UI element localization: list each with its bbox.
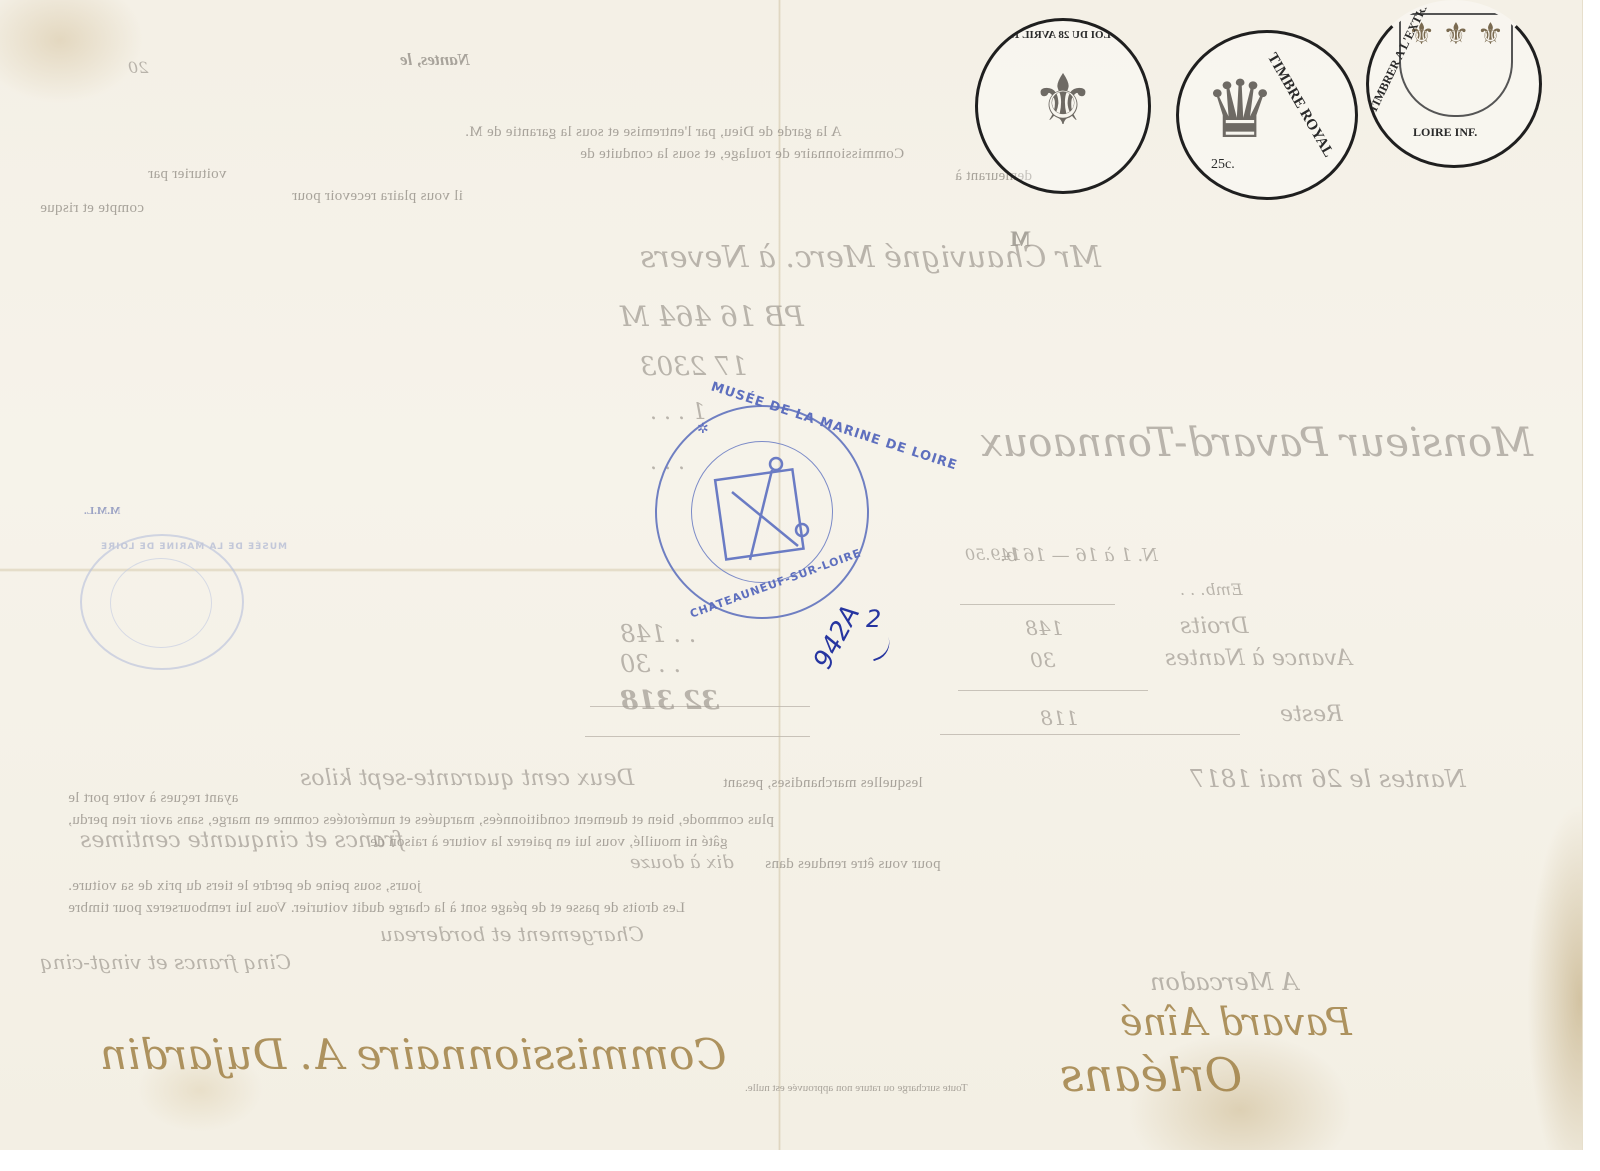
signature-bottom-left: Commissionnaire A. Dujardin <box>100 1030 726 1079</box>
account-row-4-value: 30 <box>1030 648 1055 672</box>
marks-line-5: . . 148 <box>620 620 696 648</box>
footer-notice: Toute surcharge ou rature non approuvée … <box>745 1082 968 1094</box>
star-icon: ✲ <box>697 421 710 437</box>
weight-handwritten: Deux cent quarante-sept kilos <box>300 766 634 791</box>
signature-right-line-2: Pavard Aîné <box>1120 1000 1352 1044</box>
consignee-name: Monsieur Pavard-Tonnaoux <box>980 420 1533 466</box>
marks-line-6: . . 30 <box>620 650 681 678</box>
footer-handwritten-1: Chargement et bordereau <box>380 922 644 946</box>
inventory-underline <box>868 637 895 661</box>
footer-handwritten-2: Cinq francs et vingt-cinq <box>40 950 291 974</box>
account-rule-2 <box>958 690 1148 691</box>
stamp-bottom-text: LOIRE INF. <box>1413 125 1477 140</box>
account-rule-1 <box>960 604 1115 605</box>
revenue-stamp-extraordinaire: ⚜ ⚜ ⚜ A TIMBRER A L'EXTRAORD. LOIRE INF. <box>1366 0 1542 168</box>
header-line-4b: compte et risque <box>40 200 144 217</box>
signature-right-line-3: Orléans <box>1060 1048 1242 1102</box>
account-rule-3 <box>940 734 1240 735</box>
header-line-1: A la garde de Dieu, par l'entremise et s… <box>465 124 842 141</box>
body-p5: Les droits de passe et de péage sont à l… <box>68 900 685 917</box>
body-p1b: ayant reçues à votre port le <box>68 790 238 807</box>
revenue-stamp-fleur-de-lis: ⚜ LOI DU 28 AVRIL 1816 <box>975 18 1151 194</box>
rate-handwritten: francs et cinquante centimes <box>80 828 404 853</box>
header-line-3b: voiturier par <box>148 166 226 183</box>
faded-stamp-label: M.M.L. <box>84 505 120 517</box>
inventory-number: 942A <box>808 600 866 674</box>
handwritten-addressee: Mr Chauvigné Merc. à Nevers <box>640 240 1101 275</box>
header-line-2: Commissionnaire de roulage, et sous la c… <box>580 146 904 163</box>
signature-right-line-1: A Mercadon <box>1150 968 1298 996</box>
body-p2: plus commode, bien et duement conditionn… <box>68 812 774 829</box>
stamp-value: 25c. <box>1211 157 1235 173</box>
marks-rule-2 <box>585 736 810 737</box>
account-row-1-value: 149.50 <box>965 545 1021 564</box>
anchor-icon <box>702 452 822 572</box>
handwritten-date: Nantes le 26 mai 1817 <box>1190 765 1466 793</box>
fleur-de-lis-icon: ⚜ <box>978 59 1148 142</box>
account-row-5-label: Reste <box>1280 702 1343 727</box>
marks-line-1: PB 16 464 M <box>620 300 804 333</box>
body-p4b: jours, sous peine de perdre le tiers du … <box>68 878 421 895</box>
inventory-number-sub: 2 <box>866 605 881 633</box>
account-row-2-label: Emb. . . <box>1180 580 1243 599</box>
account-row-3-label: Droits <box>1180 614 1249 639</box>
faded-stamp-inner-ring <box>110 558 212 648</box>
body-p3: gâté ni mouillé, vous lui en paierez la … <box>370 834 728 851</box>
account-row-1-label: N. 1 à 16 — 16 b. <box>1000 545 1158 566</box>
place-date: Nantes, le <box>400 50 470 70</box>
body-p4: pour vous être rendues dans <box>765 856 941 873</box>
marks-total: 32 318 <box>620 686 720 716</box>
delay-handwritten: dix à douze <box>630 852 734 873</box>
stamp-ring-text: LOI DU 28 AVRIL 1816 <box>998 29 1111 41</box>
corner-number: 20 <box>128 58 148 77</box>
account-row-3-value: 148 <box>1025 616 1063 640</box>
museum-stamp: MUSÉE DE LA MARINE DE LOIRE CHATEAUNEUF-… <box>655 405 869 619</box>
faded-stamp-text: MUSÉE DE LA MARINE DE LOIRE <box>100 542 287 552</box>
account-row-4-label: Avance à Nantes <box>1165 646 1352 671</box>
museum-stamp-faded: MUSÉE DE LA MARINE DE LOIRE <box>80 534 244 670</box>
marks-line-2: 17 2303 <box>640 352 748 382</box>
account-row-5-value: 118 <box>1040 706 1078 730</box>
document-sheet: Nantes, le 20 A la garde de Dieu, par l'… <box>0 0 1583 1150</box>
header-line-4: il vous plaira recevoir pour <box>292 188 463 205</box>
revenue-stamp-timbre-royal: ♛ TIMBRE ROYAL 25c. <box>1176 30 1358 200</box>
body-p1a: lesquelles marchandises, pesant <box>723 775 923 792</box>
